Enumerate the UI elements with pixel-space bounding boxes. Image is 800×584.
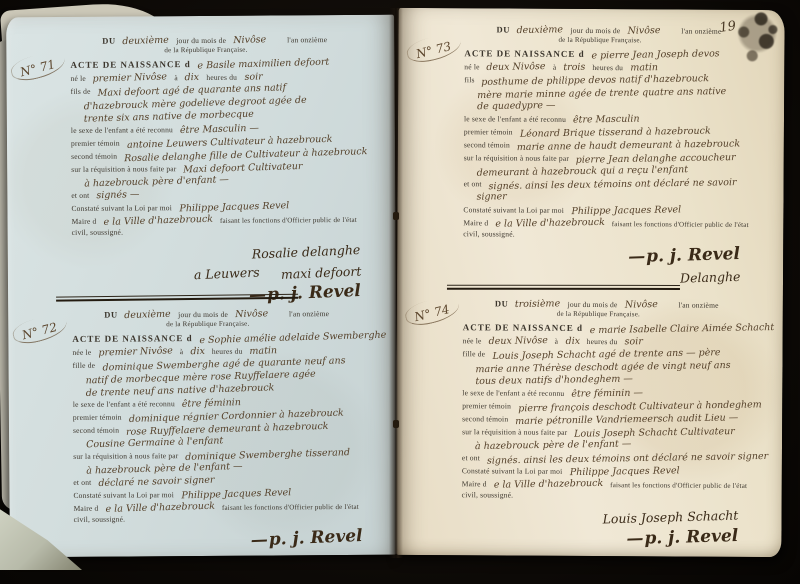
requisition-line-2: à hazebrouck père de l'enfant —	[472, 436, 768, 451]
temoin2-label: second témoin	[73, 426, 119, 435]
heures-du-label: heures du	[206, 73, 237, 82]
born-label: née le	[72, 348, 91, 357]
left-page-content: N° 71 DU deuxième jour du mois de Nivôse…	[6, 15, 398, 558]
heures-du-label: heures du	[592, 63, 623, 72]
birth-act-entry: N° 73 DU deuxième jour du mois de Nivôse…	[463, 21, 771, 281]
jour-du-mois-label: jour du mois de	[178, 310, 228, 319]
officier-public-label: faisant les fonctions d'Officier public …	[220, 216, 357, 225]
officier-public-label: faisant les fonctions d'Officier public …	[612, 220, 749, 229]
act-margin-number: N° 73	[404, 31, 462, 66]
etont-value-2: signer	[476, 190, 506, 204]
binding-stitch	[393, 420, 399, 428]
sexe-value: être féminin	[182, 396, 241, 411]
signatures: p. j. Revel	[154, 528, 366, 550]
at-label: à	[553, 63, 557, 72]
parents-origin-value: tous deux natifs d'hondeghem —	[475, 372, 633, 388]
temoin2-label: second témoin	[462, 414, 508, 423]
fils-label: fille de	[463, 349, 486, 358]
signatures: p. j. RevelDelanghe	[531, 245, 743, 288]
signature: p. j. Revel	[628, 244, 740, 268]
birth-act-entry: N° 72 DU deuxième jour du mois de Nivôse…	[72, 294, 392, 554]
etont-label: et ont	[464, 179, 482, 188]
sexe-value: être féminin —	[571, 387, 643, 401]
jour-du-mois-label: jour du mois de	[570, 26, 620, 35]
parents-origin-value: de quaedypre —	[477, 99, 556, 113]
birth-act-entry: N° 71 DU deuxième jour du mois de Nivôse…	[70, 31, 390, 291]
year-label: l'an onzième	[289, 309, 329, 318]
etont-label: et ont	[73, 478, 91, 487]
binding-stitch	[393, 212, 399, 220]
heures-du-label: heures du	[587, 337, 618, 346]
du-label: DU	[104, 310, 118, 320]
fils-label: fille de	[73, 361, 96, 370]
temoin2-label: second témoin	[71, 152, 117, 161]
du-label: DU	[102, 36, 116, 46]
temoin1-label: premier témoin	[71, 139, 120, 148]
birth-date-value: deux Nivôse	[488, 334, 547, 348]
photo-background: N° 71 DU deuxième jour du mois de Nivôse…	[0, 0, 800, 584]
born-label: né le	[71, 74, 86, 83]
register-right-page: 19 N° 73 DU deuxième jour du mois de Niv…	[395, 8, 784, 557]
act-margin-number: N° 74	[403, 294, 461, 329]
signature: p. j. Revel	[626, 526, 738, 550]
act-day-value: deuxième	[123, 34, 170, 48]
act-day-value: deuxième	[125, 308, 172, 322]
book-binding-gutter	[389, 8, 403, 558]
etont-value: signés —	[96, 188, 140, 202]
officier-public-label: faisant les fonctions d'Officier public …	[610, 481, 747, 490]
at-label: à	[555, 337, 559, 346]
requisition-value-2: à hazebrouck père de l'enfant —	[475, 437, 631, 453]
temoin1-label: premier témoin	[464, 127, 513, 136]
birth-hour-value: dix	[190, 345, 205, 358]
act-month-value: Nivôse	[235, 307, 268, 321]
date-header-line: DU troisième jour du mois de Nivôse l'an…	[495, 295, 769, 310]
register-left-page: N° 71 DU deuxième jour du mois de Nivôse…	[6, 15, 398, 558]
fils-label: fils de	[71, 87, 91, 96]
birth-hour-value: dix	[565, 335, 580, 348]
etont-label: et ont	[462, 453, 480, 462]
officier-public-label: faisant les fonctions d'Officier public …	[222, 503, 359, 512]
time-of-day-value: soir	[624, 335, 642, 348]
birth-date-value: premier Nivôse	[98, 344, 173, 359]
du-label: DU	[495, 298, 509, 308]
at-label: à	[174, 73, 178, 82]
temoin1-label: premier témoin	[73, 413, 122, 422]
maire-label: Maire d	[462, 479, 487, 488]
date-header-line: DU deuxième jour du mois de Nivôse l'an …	[497, 21, 771, 36]
maire-label: Maire d	[74, 504, 99, 513]
sexe-value: être Masculin	[573, 113, 640, 127]
parents-line-3: tous deux natifs d'hondeghem —	[472, 371, 768, 386]
birth-act-entry: N° 74 DU troisième jour du mois de Nivôs…	[461, 284, 769, 544]
requisition-line-2: demeurant à hazebrouck qui a reçu l'enfa…	[474, 162, 770, 177]
fils-label: fils	[464, 75, 474, 84]
birth-hour-value: trois	[563, 61, 585, 74]
act-margin-number: N° 72	[10, 312, 69, 348]
act-day-value: deuxième	[517, 23, 564, 37]
ville-value: e la Ville d'hazebrouck	[494, 477, 604, 492]
acte-title-line: ACTE DE NAISSANCE d e Sophie amélie adel…	[72, 329, 390, 344]
jour-du-mois-label: jour du mois de	[176, 36, 226, 45]
du-label: DU	[497, 24, 511, 34]
act-month-value: Nivôse	[233, 33, 266, 47]
birth-date-value: premier Nivôse	[93, 70, 168, 85]
birth-date-value: deux Nivôse	[487, 60, 546, 74]
etont-label: et ont	[71, 191, 89, 200]
temoin2-label: second témoin	[464, 140, 510, 149]
temoin1-label: premier témoin	[462, 401, 511, 410]
year-label: l'an onzième	[681, 27, 721, 36]
act-day-value: troisième	[515, 297, 561, 311]
right-page-content: N° 73 DU deuxième jour du mois de Nivôse…	[395, 8, 784, 557]
maire-label: Maire d	[72, 217, 97, 226]
ville-value: e la Ville d'hazebrouck	[495, 216, 605, 231]
maire-label: Maire d	[463, 218, 488, 227]
year-label: l'an onzième	[287, 35, 327, 44]
act-month-value: Nivôse	[627, 24, 660, 38]
year-label: l'an onzième	[678, 301, 718, 310]
at-label: à	[180, 347, 184, 356]
signature: p. j. Revel	[251, 526, 364, 552]
act-margin-number: N° 71	[8, 49, 67, 85]
heures-du-label: heures du	[212, 347, 243, 356]
signatures: Louis Joseph Schachtp. j. Revel	[529, 506, 741, 549]
born-label: née le	[463, 336, 482, 345]
signature: a Leuwers	[193, 261, 259, 285]
jour-du-mois-label: jour du mois de	[568, 300, 618, 309]
birth-hour-value: dix	[185, 71, 200, 84]
act-month-value: Nivôse	[624, 298, 657, 312]
